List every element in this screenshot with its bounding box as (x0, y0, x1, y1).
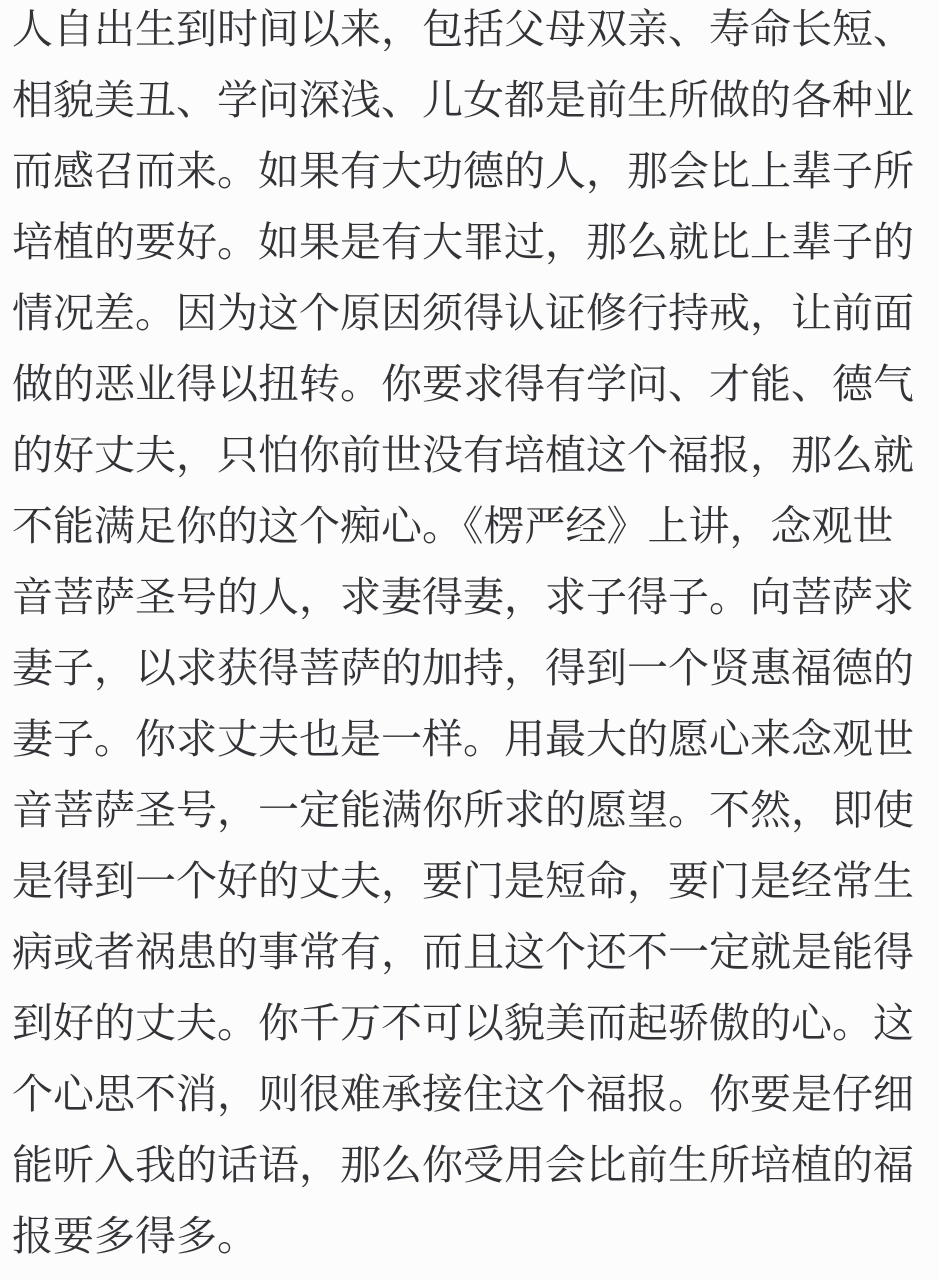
text-line: 情况差。因为这个原因须得认证修行持戒，让前面 (12, 278, 929, 349)
text-line: 培植的要好。如果是有大罪过，那么就比上辈子的 (12, 207, 929, 278)
text-line: 不能满足你的这个痴心。《楞严经》上讲，念观世 (12, 491, 929, 562)
text-line: 是得到一个好的丈夫，要门是短命，要门是经常生 (12, 846, 929, 917)
text-line: 的好丈夫，只怕你前世没有培植这个福报，那么就 (12, 420, 929, 491)
text-line: 相貌美丑、学问深浅、儿女都是前生所做的各种业 (12, 65, 929, 136)
text-page: 人自出生到时间以来，包括父母双亲、寿命长短、 相貌美丑、学问深浅、儿女都是前生所… (0, 0, 939, 1274)
text-line: 做的恶业得以扭转。你要求得有学问、才能、德气 (12, 349, 929, 420)
text-line: 报要多得多。 (12, 1201, 929, 1272)
text-line: 到好的丈夫。你千万不可以貌美而起骄傲的心。这 (12, 988, 929, 1059)
text-line: 人自出生到时间以来，包括父母双亲、寿命长短、 (12, 0, 929, 65)
text-line: 病或者祸患的事常有，而且这个还不一定就是能得 (12, 917, 929, 988)
text-line: 个心思不消，则很难承接住这个福报。你要是仔细 (12, 1059, 929, 1130)
text-line: 妻子，以求获得菩萨的加持，得到一个贤惠福德的 (12, 633, 929, 704)
text-line: 音菩萨圣号，一定能满你所求的愿望。不然，即使 (12, 775, 929, 846)
text-line: 妻子。你求丈夫也是一样。用最大的愿心来念观世 (12, 704, 929, 775)
text-line: 而感召而来。如果有大功德的人，那会比上辈子所 (12, 136, 929, 207)
text-line: 音菩萨圣号的人，求妻得妻，求子得子。向菩萨求 (12, 562, 929, 633)
text-line: 能听入我的话语，那么你受用会比前生所培植的福 (12, 1130, 929, 1201)
